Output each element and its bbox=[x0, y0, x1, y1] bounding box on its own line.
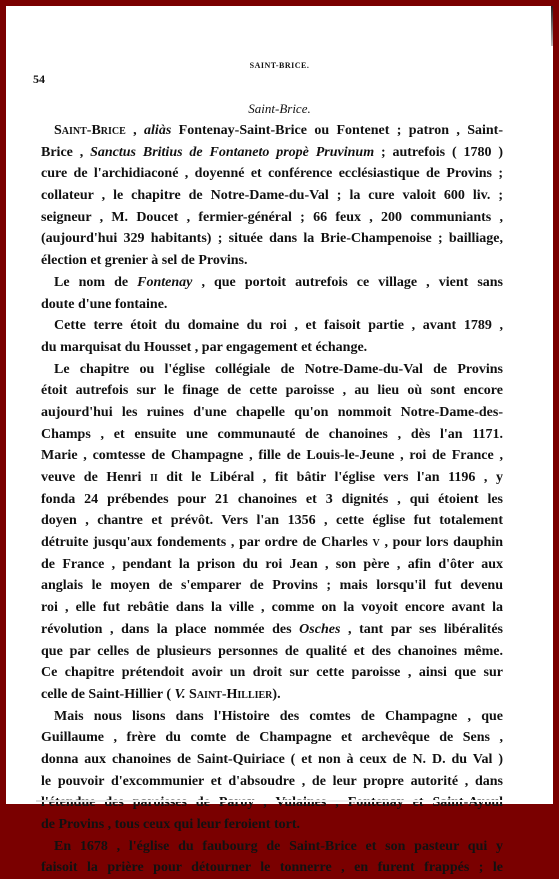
text-segment: , tant par ses libéralités bbox=[340, 622, 503, 637]
text-line: doyen , chantre et prévôt. Vers l'an 135… bbox=[41, 510, 503, 532]
page-frame: SAINT-BRICE. 54 Saint-Brice. Saint-Brice… bbox=[6, 6, 553, 804]
text-segment: Osches bbox=[299, 622, 340, 637]
text-segment: révolution , dans la place nommée des bbox=[41, 622, 299, 637]
text-segment: du marquisat du Housset , par engagement… bbox=[41, 340, 367, 355]
text-segment: détruite jusqu'aux fondements , par ordr… bbox=[41, 535, 373, 550]
text-line: doute d'une fontaine. bbox=[41, 294, 503, 316]
section-title: Saint-Brice. bbox=[6, 101, 553, 117]
text-line: Cette terre étoit du domaine du roi , et… bbox=[41, 315, 503, 337]
text-segment: Brice , bbox=[41, 145, 90, 160]
body-text: Saint-Brice , aliàs Fontenay-Saint-Brice… bbox=[41, 120, 503, 812]
text-segment: étoit autrefois sur le finage de cette p… bbox=[41, 383, 503, 398]
text-line: révolution , dans la place nommée des Os… bbox=[41, 619, 503, 641]
text-line: étoit autrefois sur le finage de cette p… bbox=[41, 380, 503, 402]
text-line: du marquisat du Housset , par engagement… bbox=[41, 337, 503, 359]
text-segment: le pouvoir d'excommunier et d'absoudre ,… bbox=[41, 774, 503, 789]
text-line: le pouvoir d'excommunier et d'absoudre ,… bbox=[41, 771, 503, 793]
text-line: l'étendue des paroisses de Paroy , Vulai… bbox=[41, 792, 503, 812]
text-line: Le chapitre ou l'église collégiale de No… bbox=[41, 359, 503, 381]
text-segment: doute d'une fontaine. bbox=[41, 297, 167, 312]
text-segment: Ce chapitre prétendoit avoir un droit su… bbox=[41, 665, 503, 680]
text-segment: Fontenay bbox=[137, 275, 192, 290]
text-segment: ii bbox=[150, 470, 158, 485]
text-segment: que par celles de plusieurs personnes de… bbox=[41, 644, 503, 659]
text-line: donna aux chanoines de Saint-Quiriace ( … bbox=[41, 749, 503, 771]
text-segment: Champs , et ensuite une communauté de ch… bbox=[41, 427, 503, 442]
text-segment: , que portoit autrefois ce village , vie… bbox=[192, 275, 503, 290]
text-segment: élection et grenier à sel de Provins. bbox=[41, 253, 247, 268]
text-line: Mais nous lisons dans l'Histoire des com… bbox=[41, 706, 503, 728]
text-segment: v bbox=[373, 535, 380, 550]
text-line: Ce chapitre prétendoit avoir un droit su… bbox=[41, 662, 503, 684]
text-line: Champs , et ensuite une communauté de ch… bbox=[41, 424, 503, 446]
text-line: Brice , Sanctus Britius de Fontaneto pro… bbox=[41, 142, 503, 164]
running-head: SAINT-BRICE. bbox=[6, 61, 553, 70]
text-line: veuve de Henri ii dit le Libéral , fit b… bbox=[41, 467, 503, 489]
text-line: Saint-Brice , aliàs Fontenay-Saint-Brice… bbox=[41, 120, 503, 142]
text-segment: Sanctus Britius de Fontaneto propè Pruvi… bbox=[90, 145, 374, 160]
text-segment: Marie , comtesse de Champagne , fille de… bbox=[41, 448, 503, 463]
text-segment: Cette terre étoit du domaine du roi , et… bbox=[54, 318, 503, 333]
text-line: anglais le moyen de s'emparer de Provins… bbox=[41, 575, 503, 597]
text-line: Marie , comtesse de Champagne , fille de… bbox=[41, 445, 503, 467]
text-line: celle de Saint-Hillier ( V. Saint-Hillie… bbox=[41, 684, 503, 706]
text-line: que par celles de plusieurs personnes de… bbox=[41, 641, 503, 663]
text-segment: aliàs bbox=[144, 123, 171, 138]
text-line: aujourd'hui les ruines d'une chapelle qu… bbox=[41, 402, 503, 424]
text-line: seigneur , M. Doucet , fermier-général ;… bbox=[41, 207, 503, 229]
text-segment: V. bbox=[175, 687, 186, 702]
text-segment: Le chapitre ou l'église collégiale de No… bbox=[54, 362, 503, 377]
text-line: (aujourd'hui 329 habitants) ; située dan… bbox=[41, 228, 503, 250]
text-segment: dit le Libéral , fit bâtir l'église vers… bbox=[158, 470, 503, 485]
text-segment: , bbox=[126, 123, 144, 138]
text-line: cure de l'archidiaconé , doyenné et conf… bbox=[41, 163, 503, 185]
text-segment: anglais le moyen de s'emparer de Provins… bbox=[41, 578, 503, 593]
text-segment: donna aux chanoines de Saint-Quiriace ( … bbox=[41, 752, 503, 767]
text-segment: doyen , chantre et prévôt. Vers l'an 135… bbox=[41, 513, 503, 528]
text-segment: cure de l'archidiaconé , doyenné et conf… bbox=[41, 166, 503, 181]
text-segment: veuve de Henri bbox=[41, 470, 150, 485]
text-line: fonda 24 prébendes pour 21 chanoines et … bbox=[41, 489, 503, 511]
page-number: 54 bbox=[33, 72, 45, 87]
text-line: collateur , le chapitre de Notre-Dame-du… bbox=[41, 185, 503, 207]
text-segment: aujourd'hui les ruines d'une chapelle qu… bbox=[41, 405, 503, 420]
text-segment: de France , pendant la prison du roi Jea… bbox=[41, 557, 503, 572]
text-line: élection et grenier à sel de Provins. bbox=[41, 250, 503, 272]
text-line: Le nom de Fontenay , que portoit autrefo… bbox=[41, 272, 503, 294]
text-segment: Saint-Hillier bbox=[189, 687, 272, 702]
text-line: roi , elle fut rebâtie dans la ville , c… bbox=[41, 597, 503, 619]
text-segment: collateur , le chapitre de Notre-Dame-du… bbox=[41, 188, 503, 203]
text-segment: Mais nous lisons dans l'Histoire des com… bbox=[54, 709, 503, 724]
book-page: SAINT-BRICE. 54 Saint-Brice. Saint-Brice… bbox=[6, 6, 553, 804]
text-segment: Guillaume , frère du comte de Champagne … bbox=[41, 730, 503, 745]
text-segment: (aujourd'hui 329 habitants) ; située dan… bbox=[41, 231, 503, 246]
text-line: Guillaume , frère du comte de Champagne … bbox=[41, 727, 503, 749]
text-line: détruite jusqu'aux fondements , par ordr… bbox=[41, 532, 503, 554]
text-segment: roi , elle fut rebâtie dans la ville , c… bbox=[41, 600, 503, 615]
text-line: de France , pendant la prison du roi Jea… bbox=[41, 554, 503, 576]
text-segment: celle de Saint-Hillier ( bbox=[41, 687, 175, 702]
text-segment: seigneur , M. Doucet , fermier-général ;… bbox=[41, 210, 503, 225]
text-segment: Le nom de bbox=[54, 275, 137, 290]
text-segment: Saint-Brice bbox=[54, 123, 126, 138]
text-segment: fonda 24 prébendes pour 21 chanoines et … bbox=[41, 492, 503, 507]
text-segment: , pour lors dauphin bbox=[380, 535, 503, 550]
text-segment: l'étendue des paroisses de Paroy , Vulai… bbox=[41, 795, 503, 810]
text-segment: ; autrefois ( 1780 ) bbox=[374, 145, 503, 160]
scan-artifact bbox=[36, 800, 536, 802]
text-segment: Fontenay-Saint-Brice ou Fontenet ; patro… bbox=[171, 123, 503, 138]
text-segment: ). bbox=[272, 687, 280, 702]
